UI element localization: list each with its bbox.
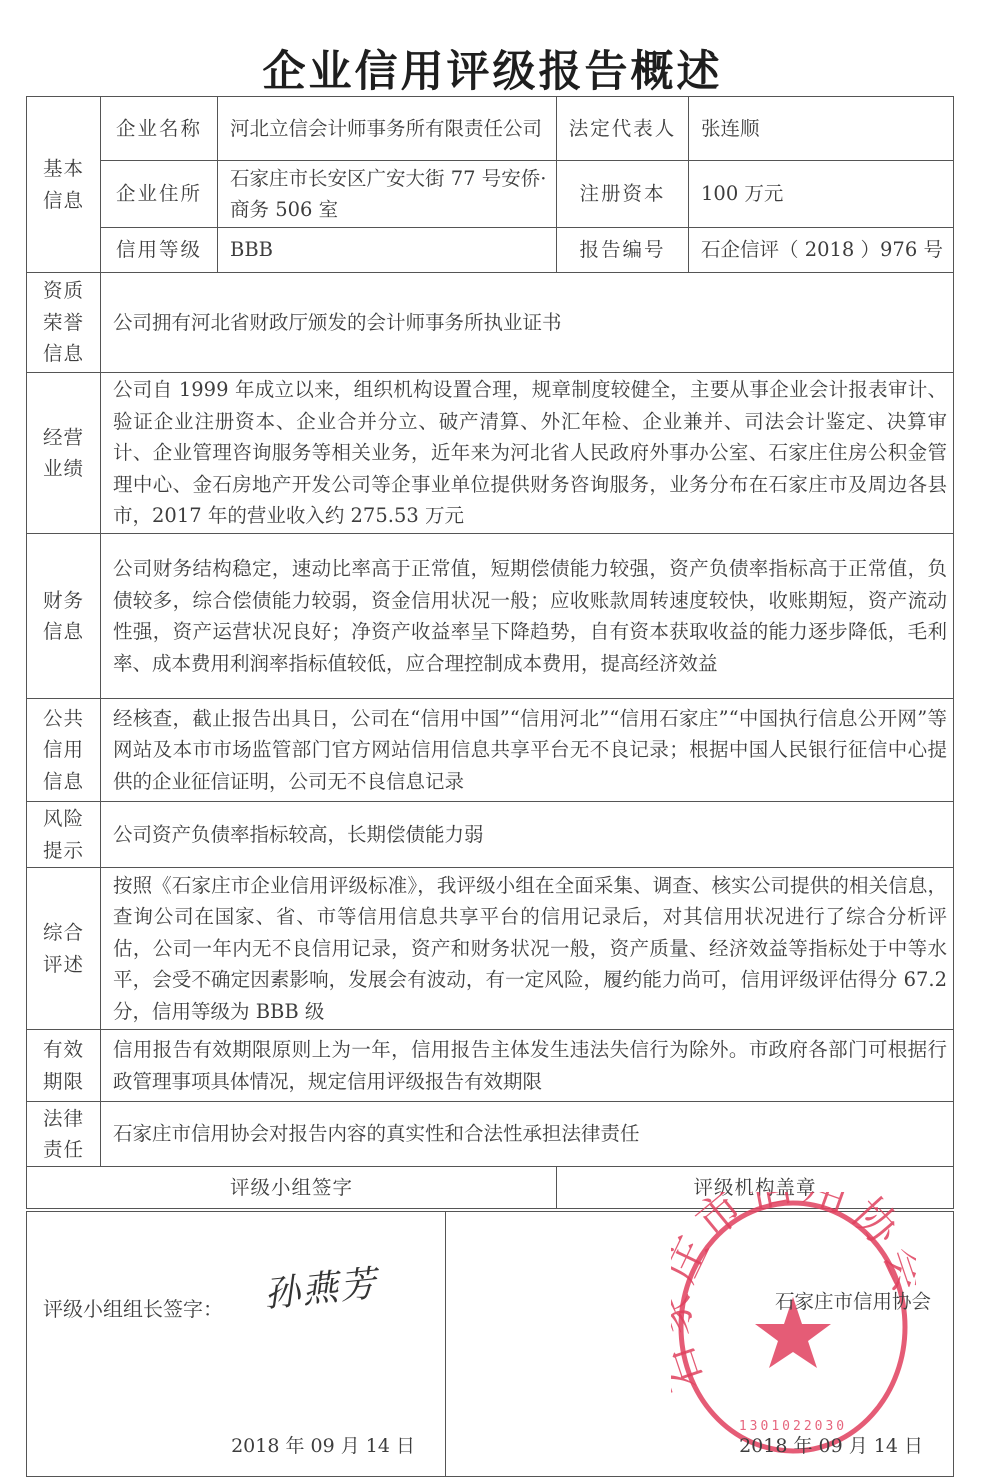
section-label-financial-info: 财务信息 — [27, 534, 101, 699]
registered-capital-label: 注册资本 — [557, 161, 689, 228]
row-signature-header: 评级小组签字 评级机构盖章 — [27, 1167, 954, 1209]
leader-signature-label: 评级小组组长签字： — [43, 1294, 223, 1326]
credit-report-table: 基本信息 企业名称 河北立信会计师事务所有限责任公司 法定代表人 张连顺 企业住… — [26, 96, 954, 1209]
validity-text: 信用报告有效期限原则上为一年，信用报告主体发生违法失信行为除外。市政府各部门可根… — [101, 1030, 954, 1102]
credit-grade-value: BBB — [218, 228, 557, 273]
legal-liability-text: 石家庄市信用协会对报告内容的真实性和合法性承担法律责任 — [101, 1102, 954, 1167]
team-signature-cell: 评级小组组长签字： 孙燕芳 2018 年 09 月 14 日 — [27, 1212, 446, 1477]
row-credit-grade: 信用等级 BBB 报告编号 石企信评（ 2018 ）976 号 — [27, 228, 954, 273]
row-address: 企业住所 石家庄市长安区广安大街 77 号安侨·商务 506 室 注册资本 10… — [27, 161, 954, 228]
document-title: 企业信用评级报告概述 — [0, 38, 985, 99]
row-risk-warning: 风险提示 公司资产负债率指标较高，长期偿债能力弱 — [27, 802, 954, 868]
credit-grade-label: 信用等级 — [101, 228, 218, 273]
overall-assessment-text: 按照《石家庄市企业信用评级标准》，我评级小组在全面采集、调查、核实公司提供的相关… — [101, 868, 954, 1030]
address-value: 石家庄市长安区广安大街 77 号安侨·商务 506 室 — [218, 161, 557, 228]
public-credit-text: 经核查，截止报告出具日，公司在“信用中国”“信用河北”“信用石家庄”“中国执行信… — [101, 699, 954, 802]
report-no-value: 石企信评（ 2018 ）976 号 — [689, 228, 954, 273]
row-public-credit: 公共信用信息 经核查，截止报告出具日，公司在“信用中国”“信用河北”“信用石家庄… — [27, 699, 954, 802]
row-company-name: 基本信息 企业名称 河北立信会计师事务所有限责任公司 法定代表人 张连顺 — [27, 97, 954, 161]
section-label-overall-assessment: 综合评述 — [27, 868, 101, 1030]
official-seal-icon: 石家庄市信用协会 1301022030 — [671, 1192, 916, 1462]
registered-capital-value: 100 万元 — [689, 161, 954, 228]
org-seal-cell: 石家庄市信用协会 1301022030 石家庄市信用协会 2018 年 09 月… — [446, 1212, 954, 1477]
row-legal-liability: 法律责任 石家庄市信用协会对报告内容的真实性和合法性承担法律责任 — [27, 1102, 954, 1167]
row-validity: 有效期限 信用报告有效期限原则上为一年，信用报告主体发生违法失信行为除外。市政府… — [27, 1030, 954, 1102]
section-label-risk-warning: 风险提示 — [27, 802, 101, 868]
report-no-label: 报告编号 — [557, 228, 689, 273]
org-seal-header: 评级机构盖章 — [557, 1167, 954, 1209]
section-label-legal-liability: 法律责任 — [27, 1102, 101, 1167]
section-label-business-performance: 经营业绩 — [27, 373, 101, 534]
risk-warning-text: 公司资产负债率指标较高，长期偿债能力弱 — [101, 802, 954, 868]
qualification-text: 公司拥有河北省财政厅颁发的会计师事务所执业证书 — [101, 273, 954, 373]
team-sign-date: 2018 年 09 月 14 日 — [231, 1431, 415, 1463]
company-name-value: 河北立信会计师事务所有限责任公司 — [218, 97, 557, 161]
address-label: 企业住所 — [101, 161, 218, 228]
org-seal-date: 2018 年 09 月 14 日 — [739, 1431, 923, 1463]
section-label-public-credit: 公共信用信息 — [27, 699, 101, 802]
section-label-qualification: 资质荣誉信息 — [27, 273, 101, 373]
rating-org-name: 石家庄市信用协会 — [775, 1286, 931, 1318]
row-signature-body: 评级小组组长签字： 孙燕芳 2018 年 09 月 14 日 石家庄市信用协会 … — [27, 1212, 954, 1477]
row-overall-assessment: 综合评述 按照《石家庄市企业信用评级标准》，我评级小组在全面采集、调查、核实公司… — [27, 868, 954, 1030]
business-performance-text: 公司自 1999 年成立以来，组织机构设置合理，规章制度较健全，主要从事企业会计… — [101, 373, 954, 534]
legal-rep-label: 法定代表人 — [557, 97, 689, 161]
section-label-basic-info: 基本信息 — [27, 97, 101, 273]
row-business-performance: 经营业绩 公司自 1999 年成立以来，组织机构设置合理，规章制度较健全，主要从… — [27, 373, 954, 534]
financial-info-text: 公司财务结构稳定，速动比率高于正常值，短期偿债能力较强，资产负债率指标高于正常值… — [101, 534, 954, 699]
row-qualification: 资质荣誉信息 公司拥有河北省财政厅颁发的会计师事务所执业证书 — [27, 273, 954, 373]
legal-rep-value: 张连顺 — [689, 97, 954, 161]
handwritten-signature: 孙燕芳 — [263, 1268, 380, 1311]
signature-table: 评级小组组长签字： 孙燕芳 2018 年 09 月 14 日 石家庄市信用协会 … — [26, 1211, 954, 1477]
team-signature-header: 评级小组签字 — [27, 1167, 557, 1209]
row-financial-info: 财务信息 公司财务结构稳定，速动比率高于正常值，短期偿债能力较强，资产负债率指标… — [27, 534, 954, 699]
section-label-validity: 有效期限 — [27, 1030, 101, 1102]
company-name-label: 企业名称 — [101, 97, 218, 161]
